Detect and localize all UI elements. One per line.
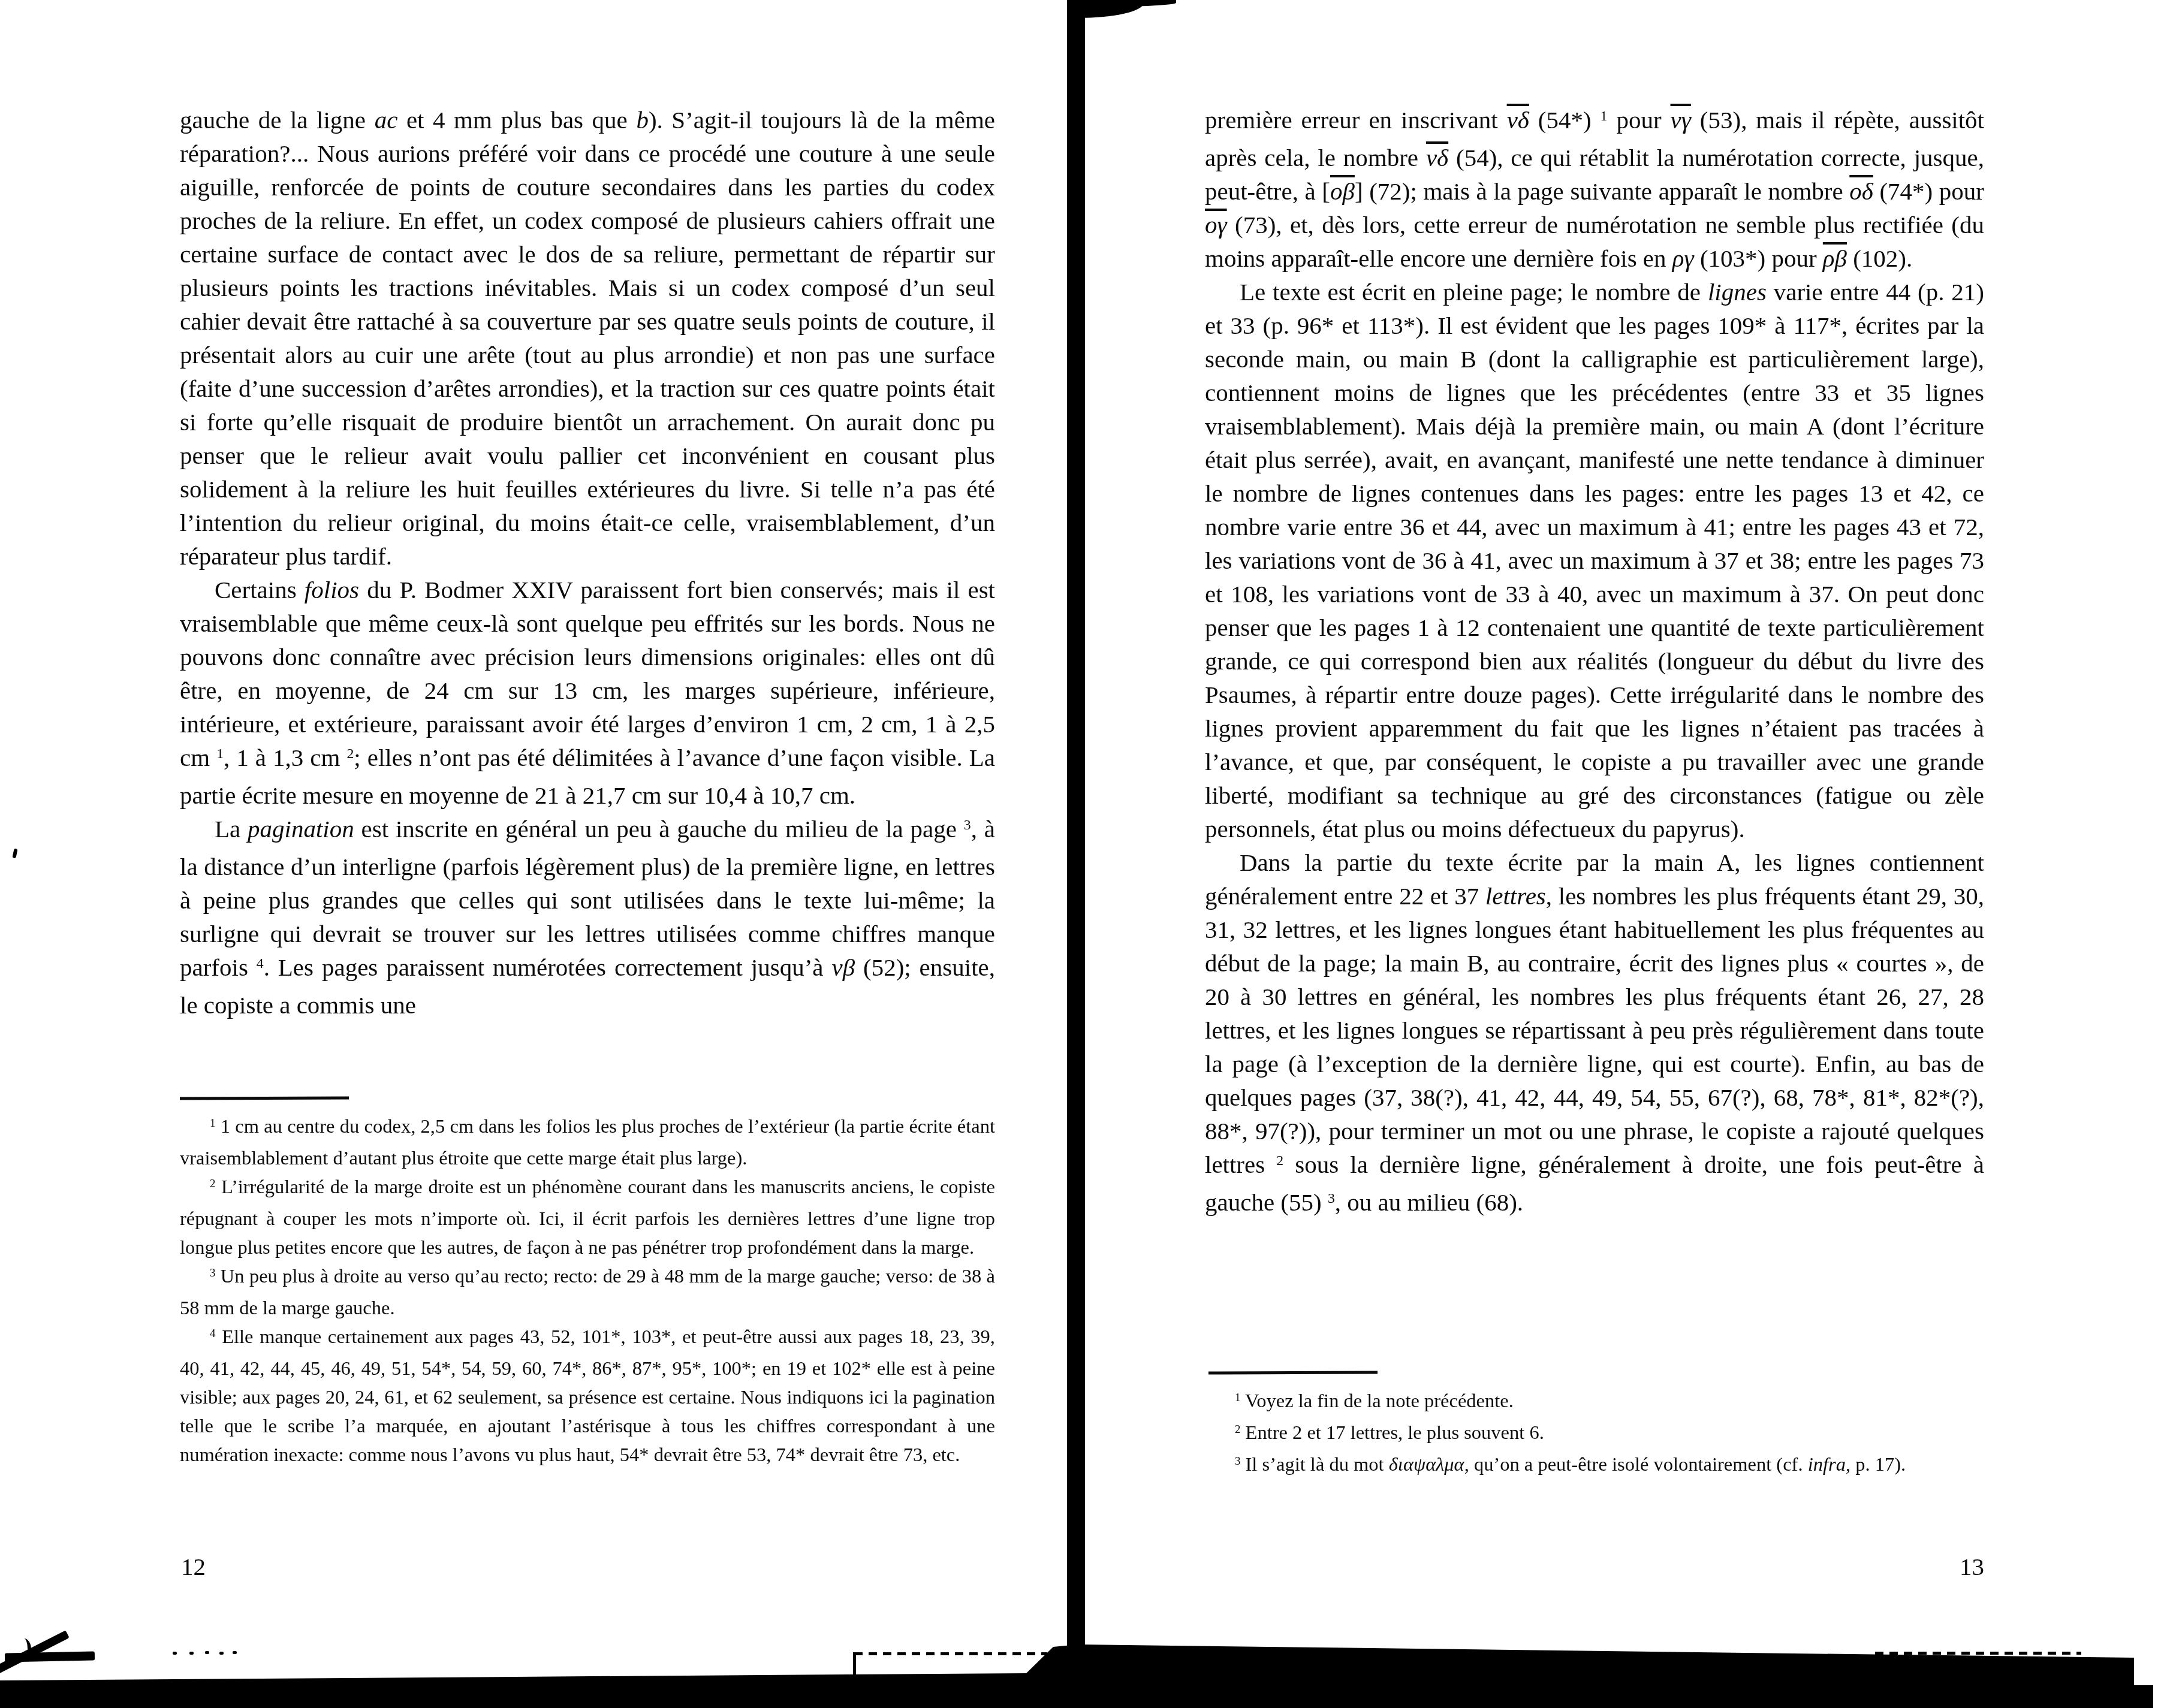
scan-speck-left-edge xyxy=(12,849,17,859)
footnote-rule xyxy=(180,1096,349,1100)
footnote: 1 Voyez la fin de la note précédente. xyxy=(1205,1387,1984,1419)
page-number: 13 xyxy=(1960,1552,1984,1581)
scan-paren-artifact xyxy=(17,1638,31,1660)
scan-tick-mark xyxy=(853,1652,856,1675)
footnote: 4 Elle manque certainement aux pages 43,… xyxy=(180,1323,995,1469)
page-right-body-text: première erreur en inscrivant νδ (54*) 1… xyxy=(1205,103,1984,1223)
gutter-shadow-band xyxy=(1067,0,1085,1648)
footnotes-left: 1 1 cm au centre du codex, 2,5 cm dans l… xyxy=(180,1112,995,1469)
footnote: 3 Il s’agit là du mot διαψαλμα, qu’on a … xyxy=(1205,1450,1984,1482)
paragraph: Certains folios du P. Bodmer XXIV parais… xyxy=(180,573,995,812)
footnote: 2 Entre 2 et 17 lettres, le plus souvent… xyxy=(1205,1419,1984,1450)
page-right: première erreur en inscrivant νδ (54*) 1… xyxy=(1205,103,1984,1661)
scan-speck xyxy=(205,1651,209,1654)
footnote: 3 Un peu plus à droite au verso qu’au re… xyxy=(180,1262,995,1323)
paragraph: La pagination est inscrite en général un… xyxy=(180,812,995,1022)
scan-speck xyxy=(219,1652,224,1655)
scan-dash-line-left xyxy=(854,1652,1047,1655)
footnote: 1 1 cm au centre du codex, 2,5 cm dans l… xyxy=(180,1112,995,1173)
footnote-rule xyxy=(1208,1371,1378,1374)
gutter-top-blob-edge xyxy=(1067,0,1176,7)
footnote: 2 L’irrégularité de la marge droite est … xyxy=(180,1173,995,1262)
paragraph: première erreur en inscrivant νδ (54*) 1… xyxy=(1205,103,1984,275)
page-left: gauche de la ligne ac et 4 mm plus bas q… xyxy=(180,103,995,1661)
scan-speck xyxy=(173,1652,177,1655)
scan-speck xyxy=(189,1652,194,1655)
book-spread-scan: gauche de la ligne ac et 4 mm plus bas q… xyxy=(0,0,2158,1708)
scan-speck xyxy=(233,1651,237,1654)
page-left-body-text: gauche de la ligne ac et 4 mm plus bas q… xyxy=(180,103,995,1022)
footnotes-right: 1 Voyez la fin de la note précédente. 2 … xyxy=(1205,1387,1984,1482)
scan-dash-line-right xyxy=(1875,1652,2081,1655)
paragraph: Dans la partie du texte écrite par la ma… xyxy=(1205,846,1984,1223)
paragraph: gauche de la ligne ac et 4 mm plus bas q… xyxy=(180,103,995,573)
paragraph: Le texte est écrit en pleine page; le no… xyxy=(1205,275,1984,846)
page-number: 12 xyxy=(181,1552,206,1581)
